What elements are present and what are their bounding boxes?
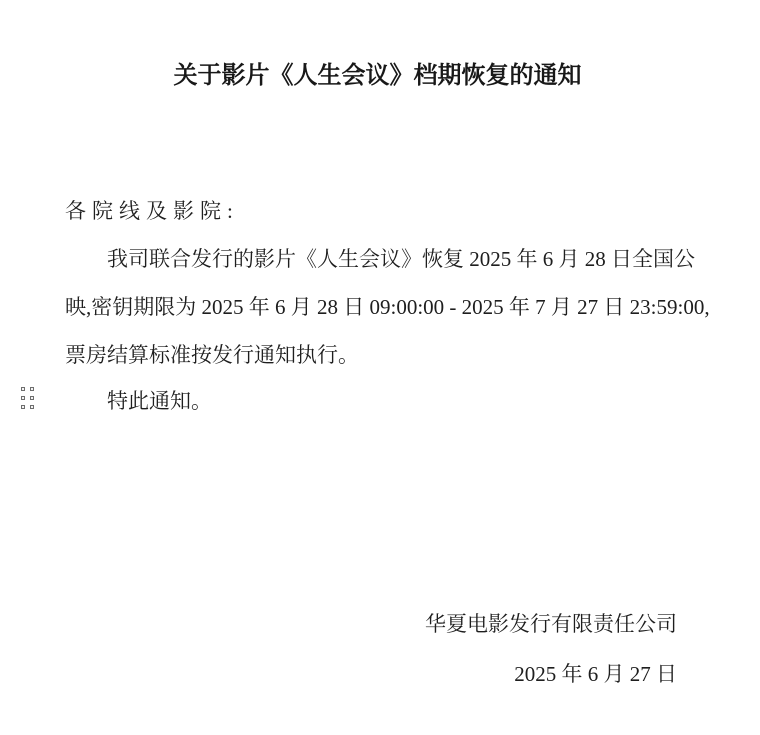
grip-dot [21, 405, 25, 409]
body-paragraph-line: 我司联合发行的影片《人生会议》恢复 2025 年 6 月 28 日全国公 [107, 246, 695, 272]
document-title: 关于影片《人生会议》档期恢复的通知 [65, 61, 690, 91]
grip-dot [30, 387, 34, 391]
document-date: 2025 年 6 月 27 日 [514, 661, 677, 687]
grip-dot [21, 396, 25, 400]
grip-dot [30, 396, 34, 400]
drag-grip-icon[interactable] [21, 387, 34, 409]
signer-company: 华夏电影发行有限责任公司 [425, 611, 677, 637]
salutation-line: 各院线及影院: [65, 198, 239, 224]
closing-line: 特此通知。 [107, 388, 212, 414]
notice-document-page: 关于影片《人生会议》档期恢复的通知 各院线及影院: 我司联合发行的影片《人生会议… [0, 0, 760, 735]
grip-dot [21, 387, 25, 391]
body-paragraph-line: 票房结算标准按发行通知执行。 [65, 342, 359, 368]
body-paragraph-line: 映,密钥期限为 2025 年 6 月 28 日 09:00:00 - 2025 … [65, 294, 710, 320]
grip-dot [30, 405, 34, 409]
